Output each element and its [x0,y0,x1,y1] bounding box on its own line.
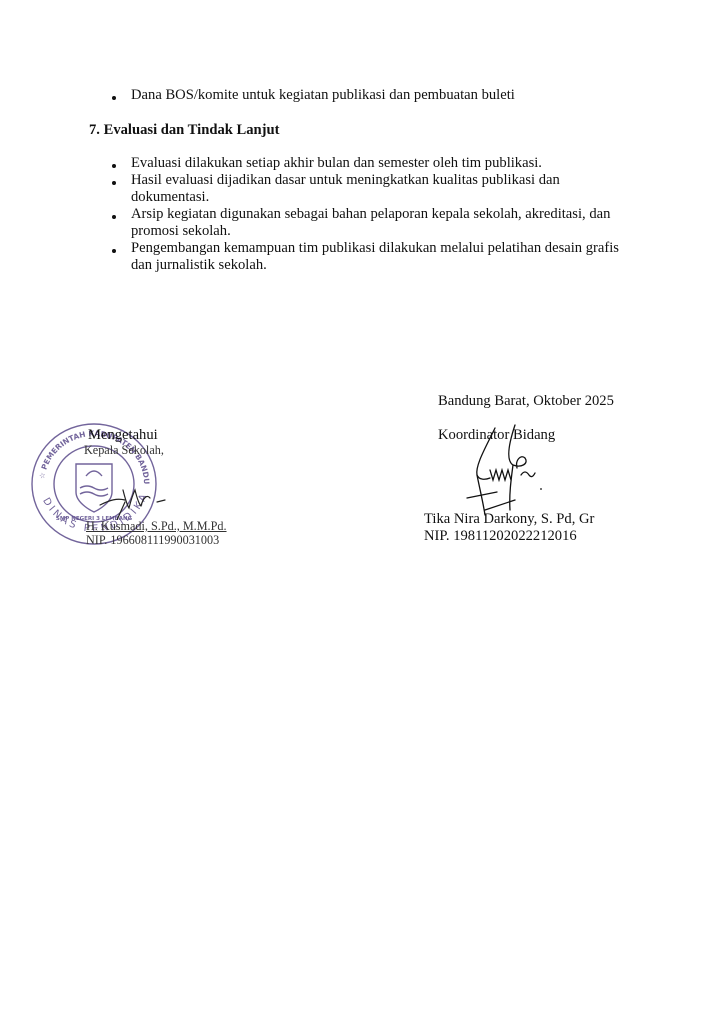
evaluation-bullet-3-line-2: promosi sekolah. [131,223,231,240]
left-signature-icon [95,480,175,520]
evaluation-bullet-2-line-2: dokumentasi. [131,189,209,206]
left-signer-name: H. Kusmadi, S.Pd., M.M.Pd. [86,519,227,534]
evaluation-bullet-3-line-1: Arsip kegiatan digunakan sebagai bahan p… [131,206,610,223]
bullet-dot [112,96,116,100]
bullet-dot [112,181,116,185]
bullet-dot [112,215,116,219]
left-signer-nip: NIP. 196608111990031003 [86,533,219,548]
funding-bullet-text: Dana BOS/komite untuk kegiatan publikasi… [131,87,515,104]
evaluation-bullet-2-line-1: Hasil evaluasi dijadikan dasar untuk men… [131,172,560,189]
section-heading: 7. Evaluasi dan Tindak Lanjut [89,122,280,139]
evaluation-bullet-4-line-1: Pengembangan kemampuan tim publikasi dil… [131,240,619,257]
bullet-dot [112,164,116,168]
left-signer-role: Kepala Sekolah, [84,443,164,458]
evaluation-bullet-4-line-2: dan jurnalistik sekolah. [131,257,267,274]
right-signer-name: Tika Nira Darkony, S. Pd, Gr [424,511,594,528]
right-signer-nip: NIP. 19811202022212016 [424,528,577,545]
right-signature-icon [455,420,555,520]
evaluation-bullet-1: Evaluasi dilakukan setiap akhir bulan da… [131,155,542,172]
bullet-dot [112,249,116,253]
place-date: Bandung Barat, Oktober 2025 [438,393,614,410]
left-signer-label: Mengetahui [88,427,158,444]
